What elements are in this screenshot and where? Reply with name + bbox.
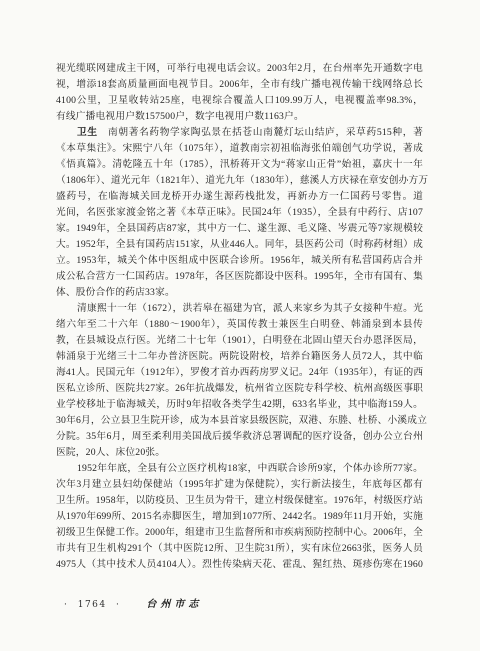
- text-line: 海41人。民国元年（1912年），罗俊才首办西药房罗义记。24年（1935年），…: [56, 365, 423, 381]
- page-footer: · 1764 · 台州市志: [64, 595, 202, 610]
- text-line: 4975人（其中技术人员4104人）。烈性传染病天花、霍乱、猩红热、斑疹伤寒在1…: [56, 557, 423, 573]
- text-line: 分院。35年6月，周至柔利用美国战后援华救济总署调配的医疗设备，创办公立台州: [56, 429, 423, 445]
- text-line: （1806年）、道光元年（1821年）、道光九年（1830年），慈溪人方庆禄在章…: [56, 173, 423, 189]
- text-line: 绪六年至二十六年（1880～1900年），英国传教士兼医生白明登、韩涌泉到本县传: [56, 317, 423, 333]
- text-line: 有线广播电视用户数157500户，数字电视用户数1163户。: [56, 109, 423, 125]
- body-text: 视光缆联网建成主干网，可举行电视电话会议。2003年2月，在台州率先开通数字电视…: [56, 61, 423, 573]
- book-title: 台州市志: [146, 595, 202, 610]
- text-line: 初级卫生保健工作。2000年，组建市卫生监督所和市疾病预防控制中心。2006年，…: [56, 525, 423, 541]
- text-line: 医院，20人、床位20张。: [56, 445, 423, 461]
- text-line: 家。1949年，全县国药店87家，其中方一仁、遂生源、毛义隆、岑震元等7家规模较: [56, 221, 423, 237]
- text-line: 《悟真篇》。清乾隆五十年（1785），汛桥蒋开文为“蒋家山正骨”始祖，嘉庆十一年: [56, 157, 423, 173]
- text-line: 韩涌泉于光绪三十二年办普济医院。两院设附校，培养台籍医务人员72人，其中临: [56, 349, 423, 365]
- text-line: 市共有卫生机构291个（其中医院12所、卫生院31所），实有床位2663张，医务…: [56, 541, 423, 557]
- text-line: 立。1953年，城关个体中医组成中医联合诊所。1956年，城关所有私营国药店合并: [56, 253, 423, 269]
- text-line: 从1970年699所、2015名赤脚医生，增加到1077所、2442名。1989…: [56, 509, 423, 525]
- text-line: 教，在县城设点行医。光绪二十七年（1901），白明登在北固山望天台办恩泽医局，: [56, 333, 423, 349]
- text-line: 清康熙十一年（1672），洪若皋在福建为官，派人来家乡为其子女接种牛痘。光: [56, 301, 423, 317]
- text-line: 《本草集注》。宋熙宁八年（1075年），道教南宗初祖临海张伯端创气功学说，著成: [56, 141, 423, 157]
- text-line: 体、股份合作的药店33家。: [56, 285, 423, 301]
- text-line: 业学校移址于临海城关，历时9年招收各类学生42期，633名毕业，其中临海159人…: [56, 397, 423, 413]
- text-line: 成公私合营方一仁国药店。1978年，各区医院都设中医科。1995年，全市有国有、…: [56, 269, 423, 285]
- text-line: 医私立诊所、医院共27家。26年抗战爆发，杭州省立医院专科学校、杭州高级医事职: [56, 381, 423, 397]
- text-line: 光间，名医张家渡金铭之著《本草正味》。民国24年（1935），全县有中药行、店1…: [56, 205, 423, 221]
- document-page: 视光缆联网建成主干网，可举行电视电话会议。2003年2月，在台州率先开通数字电视…: [0, 0, 480, 651]
- text-line: 视，增添18套高质量画面电视节目。2006年，全市有线广播电视传输干线网络总长: [56, 77, 423, 93]
- text-line: 盛药号，在临海城关回龙桥开办遂生源药栈批发，再新办方一仁国药号零售。道: [56, 189, 423, 205]
- text-line: 次年3月建立县妇幼保健站（1995年扩建为保健院），实行新法接生，年底每区都有: [56, 477, 423, 493]
- text-line: 4100公里，卫星收转站25座，电视综合覆盖人口109.99万人，电视覆盖率98…: [56, 93, 423, 109]
- text-line: 视光缆联网建成主干网，可举行电视电话会议。2003年2月，在台州率先开通数字电: [56, 61, 423, 77]
- text-line: 1952年年底，全县有公立医疗机构18家，中西联合诊所9家，个体办诊所77家。: [56, 461, 423, 477]
- text-line: 卫生 南朝著名药物学家陶弘景在括苍山南麓灯坛山结庐，采草药515种，著: [56, 125, 423, 141]
- section-heading: 卫生: [77, 127, 98, 138]
- text-line: 大。1952年，全县有国药店151家，从业446人。同年，县医药公司（时称药材组…: [56, 237, 423, 253]
- page-number: · 1764 ·: [64, 600, 120, 610]
- text-line: 卫生所。1958年，以防疫员、卫生员为骨干，建立村级保健室。1976年，村级医疗…: [56, 493, 423, 509]
- text-line: 30年6月，公立县卫生院开诊，成为本县首家县级医院，双港、东塍、杜桥、小溪成立: [56, 413, 423, 429]
